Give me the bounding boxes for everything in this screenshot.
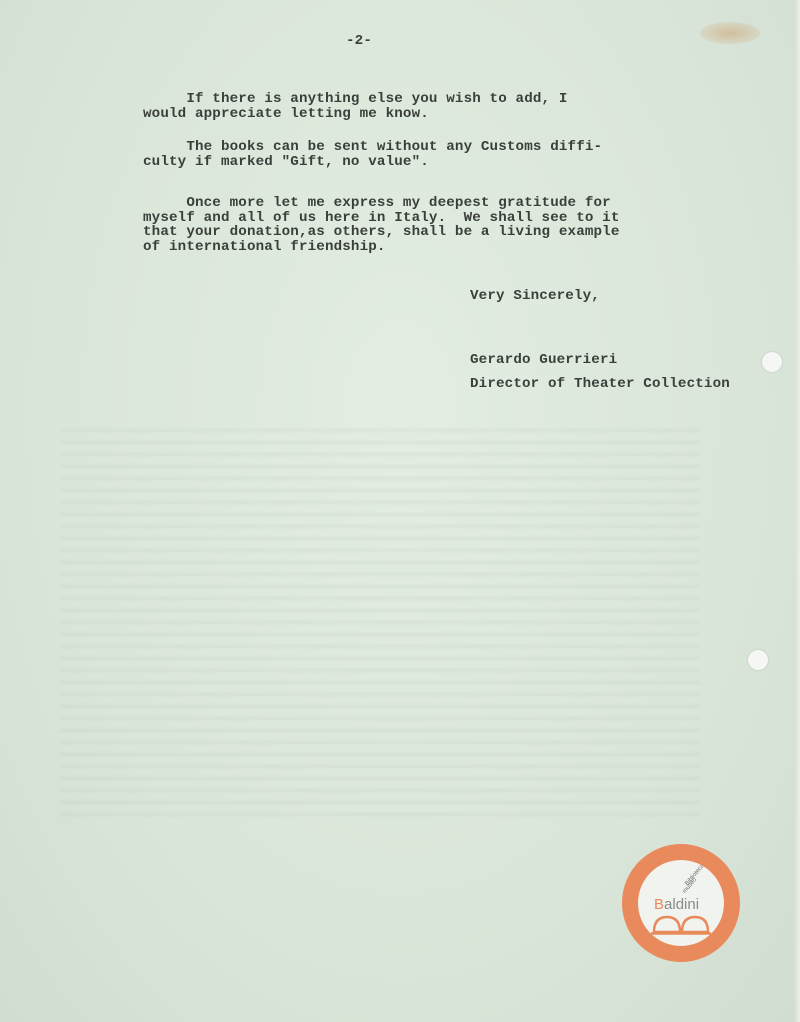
- paper-page: -2- If there is anything else you wish t…: [0, 0, 800, 1022]
- closing: Very Sincerely,: [470, 289, 600, 304]
- signature-name: Gerardo Guerrieri: [470, 353, 617, 368]
- baldini-library-stamp: Biblioteca museo Baldini: [622, 844, 740, 962]
- page-number: -2-: [346, 34, 372, 49]
- paragraph-1: If there is anything else you wish to ad…: [143, 92, 568, 121]
- punch-hole: [762, 352, 782, 372]
- open-book-icon: [650, 914, 712, 936]
- stamp-wordmark: Baldini: [654, 896, 699, 913]
- paragraph-2: The books can be sent without any Custom…: [143, 140, 602, 169]
- signature-title: Director of Theater Collection: [470, 377, 730, 392]
- paper-stain: [700, 22, 760, 44]
- stamp-inner: Biblioteca museo Baldini: [638, 860, 724, 946]
- show-through-text: [60, 420, 700, 820]
- stamp-line-2: museo: [682, 877, 698, 895]
- paragraph-3: Once more let me express my deepest grat…: [143, 196, 620, 254]
- paper-edge: [794, 0, 800, 1022]
- punch-hole: [748, 650, 768, 670]
